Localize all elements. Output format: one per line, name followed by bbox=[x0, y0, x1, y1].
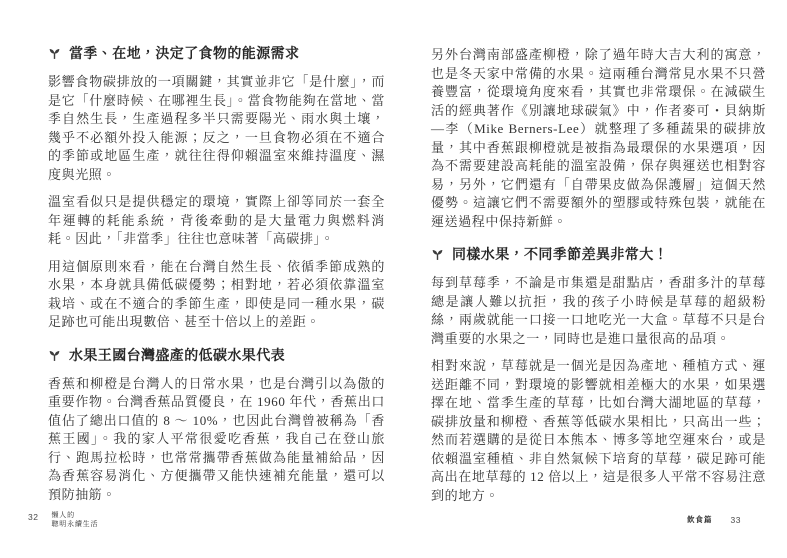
section-heading-text: 同樣水果，不同季節差異非常大！ bbox=[452, 245, 668, 264]
body-paragraph: 溫室看似只是提供穩定的環境，實際上卻等同於一套全年運轉的耗能系統，背後牽動的是大… bbox=[48, 193, 385, 249]
left-page: 當季、在地，決定了食物的能源需求 影響食物碳排放的一項關鍵，其實並非它「是什麼」… bbox=[48, 44, 385, 504]
body-paragraph: 影響食物碳排放的一項關鍵，其實並非它「是什麼」，而是它「什麼時候、在哪裡生長」。… bbox=[48, 73, 385, 184]
book-title-line1: 懶人的 bbox=[51, 512, 98, 521]
left-page-footer: 32 懶人的 聰明永續生活 bbox=[28, 512, 98, 529]
book-title: 懶人的 聰明永續生活 bbox=[51, 512, 98, 529]
right-page: 另外台灣南部盛產柳橙，除了過年時大吉大利的寓意，也是冬天家中常備的水果。這兩種台… bbox=[431, 46, 766, 505]
sprout-icon bbox=[48, 349, 61, 362]
sprout-icon bbox=[48, 47, 61, 60]
body-paragraph: 相對來說，草莓就是一個光是因為產地、種植方式、運送距離不同，對環境的影響就相差極… bbox=[431, 357, 766, 505]
body-paragraph: 另外台灣南部盛產柳橙，除了過年時大吉大利的寓意，也是冬天家中常備的水果。這兩種台… bbox=[431, 46, 766, 231]
sprout-icon bbox=[431, 248, 444, 261]
section-heading-low-carbon-fruits: 水果王國台灣盛產的低碳水果代表 bbox=[48, 346, 385, 365]
section-heading-seasonal-difference: 同樣水果，不同季節差異非常大！ bbox=[431, 245, 766, 264]
book-title-line2: 聰明永續生活 bbox=[51, 521, 98, 530]
right-page-footer: 飲食篇 33 bbox=[687, 514, 741, 525]
page-number-left: 32 bbox=[28, 512, 38, 522]
body-paragraph: 每到草莓季，不論是市集還是甜點店，香甜多汁的草莓總是讓人難以抗拒，我的孩子小時候… bbox=[431, 274, 766, 348]
section-heading-text: 當季、在地，決定了食物的能源需求 bbox=[69, 44, 299, 63]
book-spread: 當季、在地，決定了食物的能源需求 影響食物碳排放的一項關鍵，其實並非它「是什麼」… bbox=[0, 0, 787, 558]
chapter-label: 飲食篇 bbox=[687, 514, 713, 525]
page-number-right: 33 bbox=[731, 515, 741, 525]
body-paragraph: 用這個原則來看，能在台灣自然生長、依循季節成熟的水果，本身就具備低碳優勢；相對地… bbox=[48, 258, 385, 332]
section-heading-energy-demand: 當季、在地，決定了食物的能源需求 bbox=[48, 44, 385, 63]
body-paragraph: 香蕉和柳橙是台灣人的日常水果，也是台灣引以為傲的重要作物。台灣香蕉品質優良，在 … bbox=[48, 375, 385, 505]
section-heading-text: 水果王國台灣盛產的低碳水果代表 bbox=[69, 346, 285, 365]
